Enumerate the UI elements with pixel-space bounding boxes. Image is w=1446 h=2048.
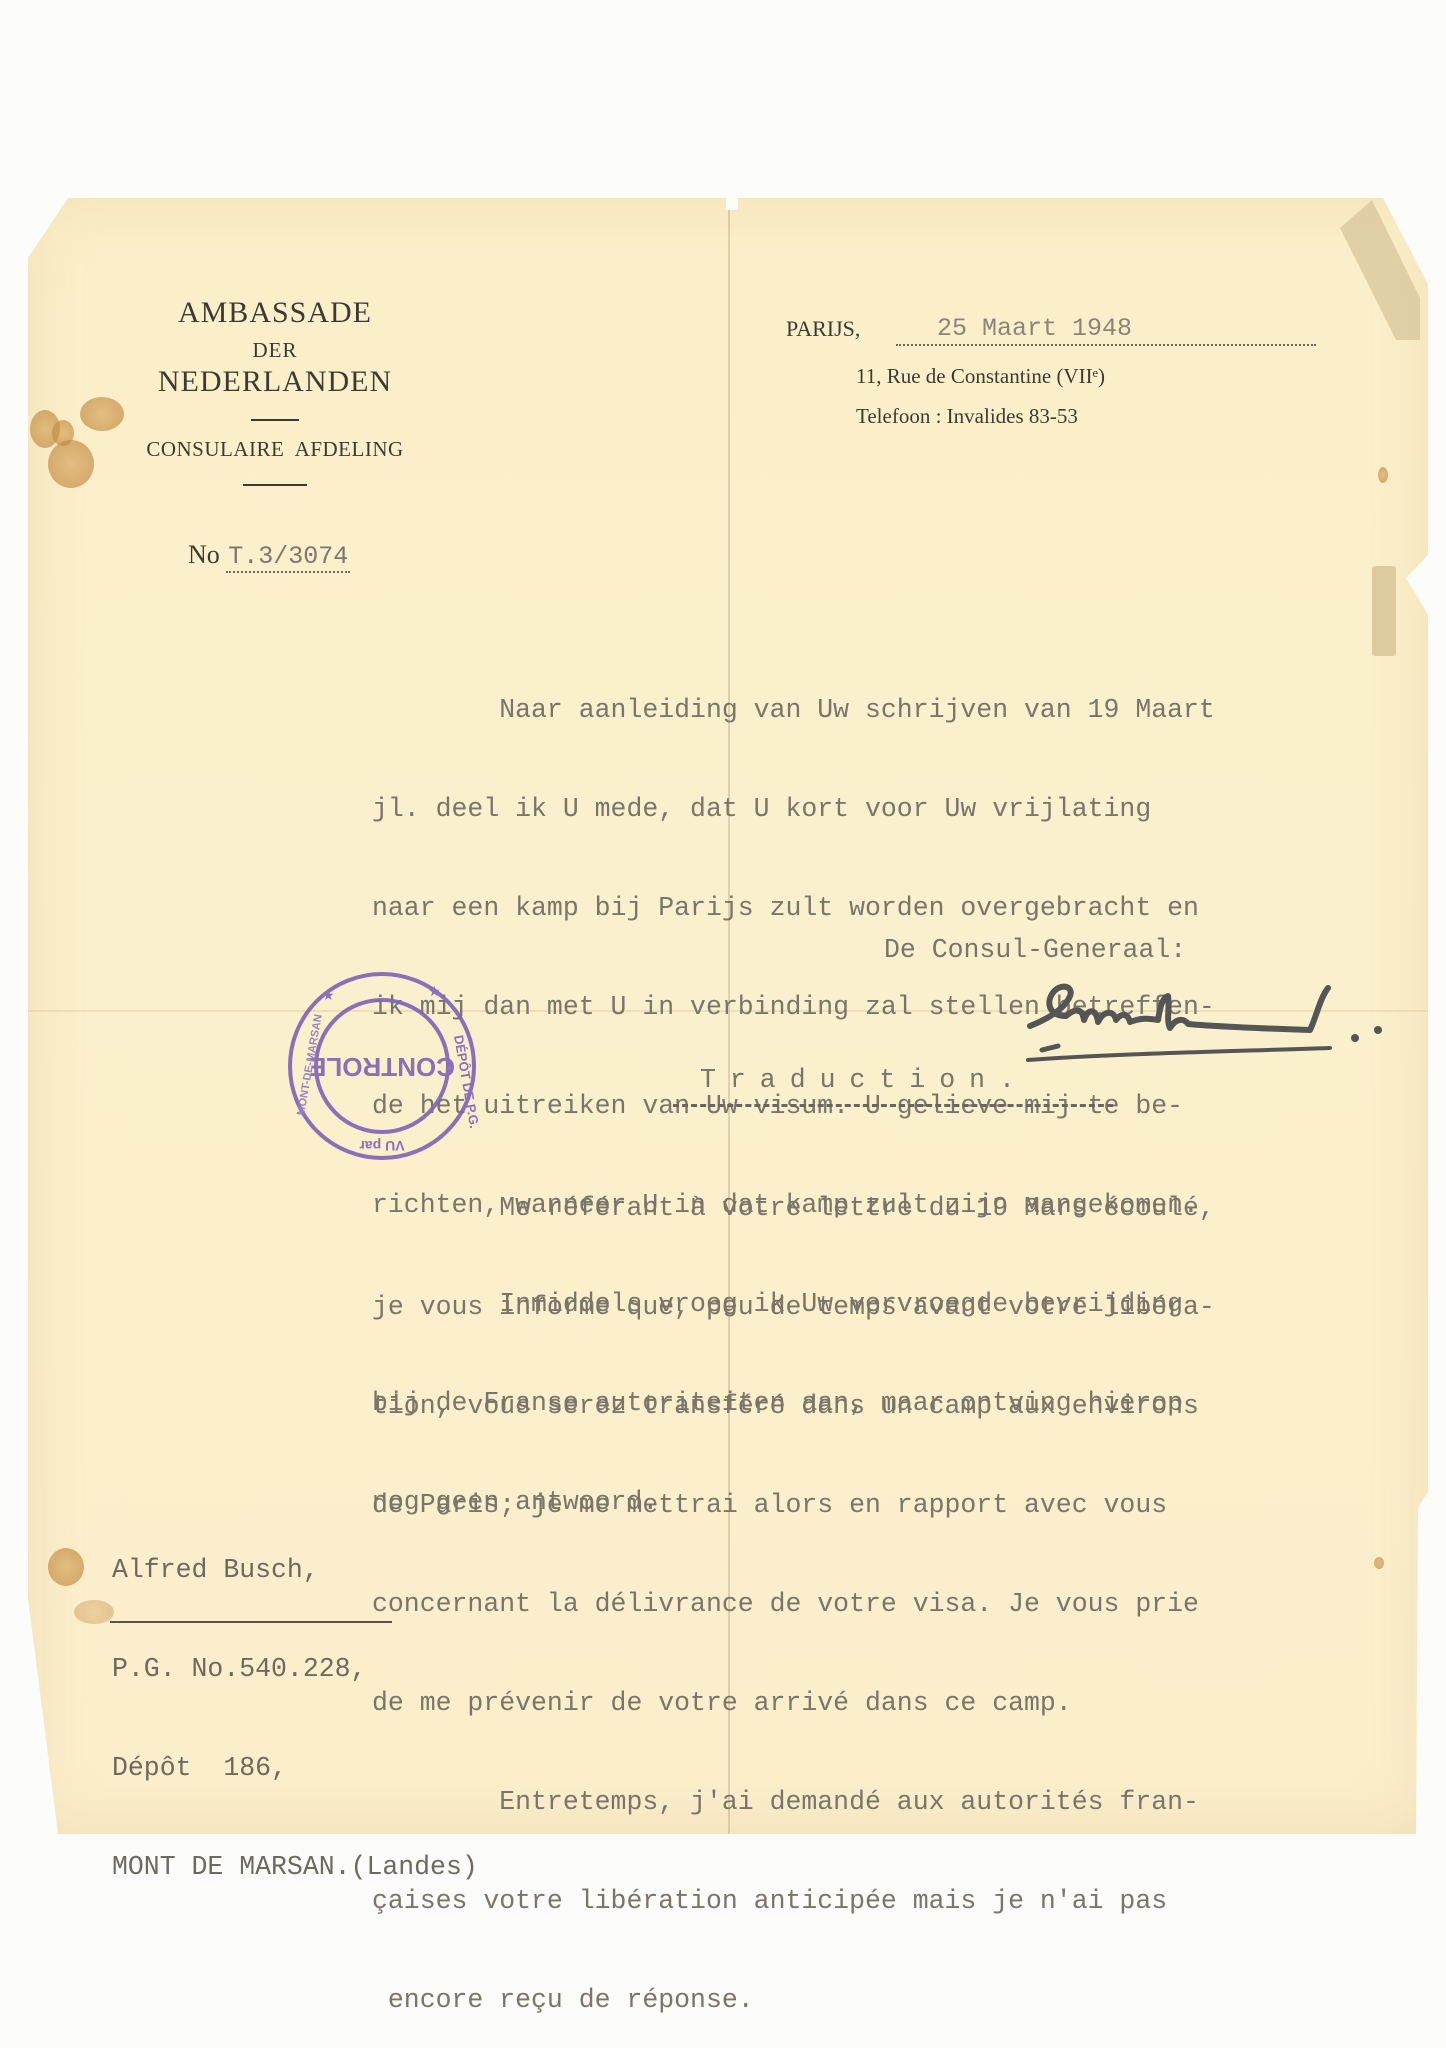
stain-spot	[1378, 467, 1388, 483]
letterhead-divider	[243, 484, 307, 486]
recipient-name: Alfred Busch,	[112, 1554, 478, 1587]
place-label: PARIJS,	[786, 316, 860, 342]
stain-spot	[1374, 1557, 1384, 1569]
paper-tear-notch	[726, 190, 738, 210]
body-line: je vous informe que, peu de temps avant …	[372, 1291, 1215, 1324]
letterhead-ambassade: AMBASSADE	[110, 296, 440, 330]
closing-title: De Consul-Generaal:	[884, 934, 1186, 967]
reference-label: No	[188, 540, 220, 569]
reference-value: T.3/3074	[226, 542, 350, 573]
recipient-location: MONT DE MARSAN.(Landes)	[112, 1851, 478, 1884]
svg-text:★: ★	[428, 985, 441, 1000]
recipient-pow-number: P.G. No.540.228,	[112, 1653, 478, 1686]
recipient-depot: Dépôt 186,	[112, 1752, 478, 1785]
body-line: Naar aanleiding van Uw schrijven van 19 …	[372, 694, 1215, 727]
body-line: encore reçu de réponse.	[372, 1984, 1215, 2017]
body-line: Me référant à votre lettre du 19 Mars éc…	[372, 1192, 1215, 1225]
stain-spot	[48, 1548, 84, 1586]
stain-spot	[48, 440, 94, 488]
body-line: concernant la délivrance de votre visa. …	[372, 1588, 1215, 1621]
svg-text:CONTROLE: CONTROLE	[309, 1052, 455, 1082]
letterhead-department: CONSULAIRE AFDELING	[110, 437, 440, 462]
body-line: naar een kamp bij Parijs zult worden ove…	[372, 892, 1215, 925]
body-line: tion, vous serez transféré dans un camp …	[372, 1390, 1215, 1423]
letterhead: AMBASSADE DER NEDERLANDEN CONSULAIRE AFD…	[110, 296, 440, 486]
recipient-address: Alfred Busch, P.G. No.540.228, Dépôt 186…	[112, 1488, 478, 1917]
letterhead-nederlanden: NEDERLANDEN	[110, 365, 440, 399]
letter-date: 25 Maart 1948	[937, 314, 1132, 343]
body-line: de Paris; je me mettrai alors en rapport…	[372, 1489, 1215, 1522]
body-line: Entretemps, j'ai demandé aux autorités f…	[372, 1786, 1215, 1819]
body-line: de me prévenir de votre arrivé dans ce c…	[372, 1687, 1215, 1720]
signature	[1010, 968, 1390, 1078]
torn-edge-flap	[1372, 566, 1396, 656]
body-line: jl. deel ik U mede, dat U kort voor Uw v…	[372, 793, 1215, 826]
reference-number: No T.3/3074	[188, 540, 350, 571]
recipient-underline	[110, 1621, 392, 1623]
svg-text:★: ★	[322, 989, 335, 1004]
translation-title: Traduction.	[700, 1064, 1029, 1097]
letterhead-divider	[251, 419, 299, 421]
embassy-phone: Telefoon : Invalides 83-53	[856, 404, 1078, 429]
body-line: çaises votre libération anticipée mais j…	[372, 1885, 1215, 1918]
body-french: Me référant à votre lettre du 19 Mars éc…	[372, 1126, 1215, 2048]
translation-underline	[673, 1104, 1113, 1107]
embassy-address: 11, Rue de Constantine (VIIᵉ)	[856, 364, 1105, 389]
stain-spot	[74, 1600, 114, 1624]
letterhead-der: DER	[110, 338, 440, 363]
